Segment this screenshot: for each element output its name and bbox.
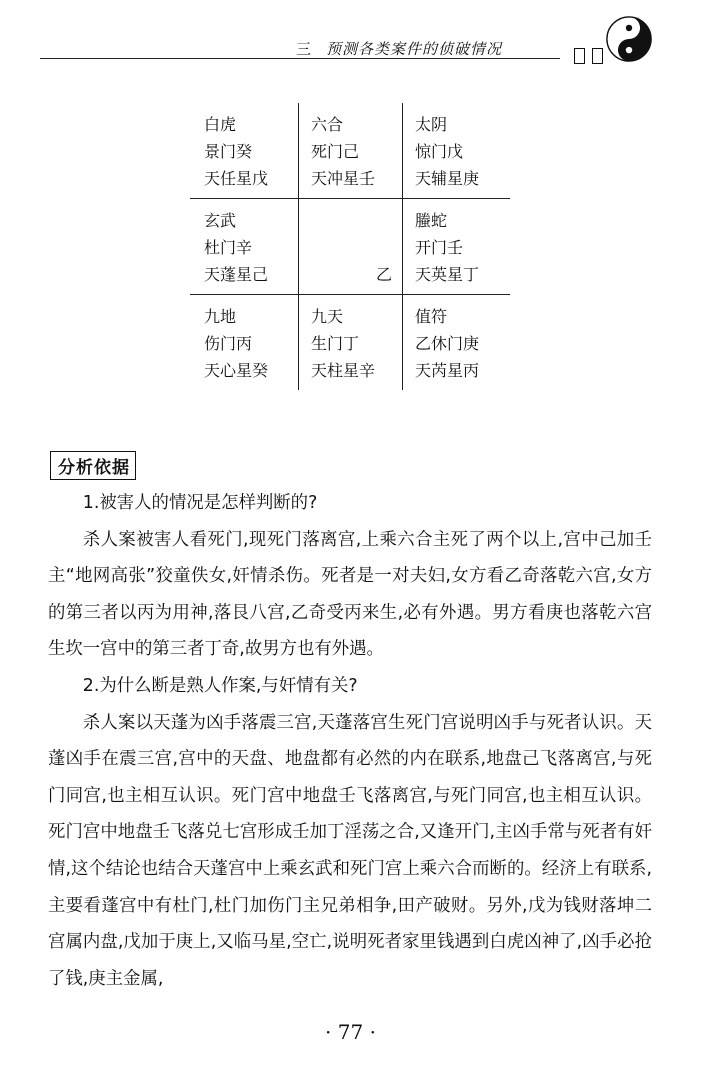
page-number: · 77 · bbox=[0, 1020, 701, 1044]
palace-west: 螣蛇 开门壬 天英星丁 bbox=[402, 199, 510, 294]
chapter-heading: 三预测各类案件的侦破情况 bbox=[296, 38, 502, 59]
question-heading-1: 1.被害人的情况是怎样判断的? bbox=[48, 485, 652, 522]
palace-spirit: 九地 bbox=[204, 303, 298, 330]
palace-door: 景门癸 bbox=[204, 138, 298, 165]
palace-door: 开门壬 bbox=[415, 234, 510, 261]
palace-northwest: 值符 乙休门庚 天芮星丙 bbox=[402, 295, 510, 390]
palace-door: 惊门戊 bbox=[415, 138, 510, 165]
palace-star: 天蓬星己 bbox=[204, 261, 298, 288]
palace-door: 伤门丙 bbox=[204, 330, 298, 357]
chapter-title: 预测各类案件的侦破情况 bbox=[326, 40, 502, 58]
grid-row-bottom: 九地 伤门丙 天心星癸 九天 生门丁 天柱星辛 值符 乙休门庚 天芮星丙 bbox=[190, 294, 510, 390]
palace-northeast: 九地 伤门丙 天心星癸 bbox=[190, 295, 298, 390]
qimen-chart-grid: 白虎 景门癸 天任星戊 六合 死门己 天冲星壬 太阴 惊门戊 天辅星庚 玄武 杜… bbox=[190, 103, 510, 390]
palace-star: 天辅星庚 bbox=[415, 165, 510, 192]
taiji-icon bbox=[606, 16, 652, 62]
palace-door: 杜门辛 bbox=[204, 234, 298, 261]
question-heading-2: 2.为什么断是熟人作案,与奸情有关? bbox=[48, 668, 652, 705]
palace-spirit: 六合 bbox=[311, 111, 402, 138]
palace-star: 天任星戊 bbox=[204, 165, 298, 192]
palace-door: 生门丁 bbox=[311, 330, 402, 357]
analysis-body: 1.被害人的情况是怎样判断的? 杀人案被害人看死门,现死门落离宫,上乘六合主死了… bbox=[48, 485, 652, 997]
palace-southeast: 白虎 景门癸 天任星戊 bbox=[190, 103, 298, 198]
palace-spirit: 玄武 bbox=[204, 207, 298, 234]
palace-spirit bbox=[311, 207, 402, 234]
answer-paragraph-1: 杀人案被害人看死门,现死门落离宫,上乘六合主死了两个以上,宫中己加壬主“地网高张… bbox=[48, 522, 652, 668]
palace-door bbox=[311, 234, 402, 261]
palace-spirit: 值符 bbox=[415, 303, 510, 330]
box-glyph-icon bbox=[592, 48, 603, 64]
placeholder-glyph-boxes bbox=[574, 48, 603, 64]
palace-east: 玄武 杜门辛 天蓬星己 bbox=[190, 199, 298, 294]
chapter-number: 三 bbox=[296, 40, 312, 58]
palace-stem: 乙 bbox=[311, 261, 402, 288]
palace-star: 天芮星丙 bbox=[415, 357, 510, 384]
grid-row-top: 白虎 景门癸 天任星戊 六合 死门己 天冲星壬 太阴 惊门戊 天辅星庚 bbox=[190, 103, 510, 198]
palace-door: 死门己 bbox=[311, 138, 402, 165]
palace-star: 天柱星辛 bbox=[311, 357, 402, 384]
palace-spirit: 螣蛇 bbox=[415, 207, 510, 234]
palace-north: 九天 生门丁 天柱星辛 bbox=[298, 295, 402, 390]
palace-star: 天英星丁 bbox=[415, 261, 510, 288]
palace-door: 乙休门庚 bbox=[415, 330, 510, 357]
box-glyph-icon bbox=[574, 48, 585, 64]
palace-spirit: 太阴 bbox=[415, 111, 510, 138]
palace-star: 天心星癸 bbox=[204, 357, 298, 384]
section-label-analysis-basis: 分析依据 bbox=[50, 451, 136, 480]
palace-star: 天冲星壬 bbox=[311, 165, 402, 192]
palace-southwest: 太阴 惊门戊 天辅星庚 bbox=[402, 103, 510, 198]
palace-spirit: 白虎 bbox=[204, 111, 298, 138]
answer-paragraph-2: 杀人案以天蓬为凶手落震三宫,天蓬落宫生死门宫说明凶手与死者认识。天蓬凶手在震三宫… bbox=[48, 705, 652, 998]
grid-row-middle: 玄武 杜门辛 天蓬星己 乙 螣蛇 开门壬 天英星丁 bbox=[190, 198, 510, 294]
palace-center: 乙 bbox=[298, 199, 402, 294]
palace-south: 六合 死门己 天冲星壬 bbox=[298, 103, 402, 198]
palace-spirit: 九天 bbox=[311, 303, 402, 330]
